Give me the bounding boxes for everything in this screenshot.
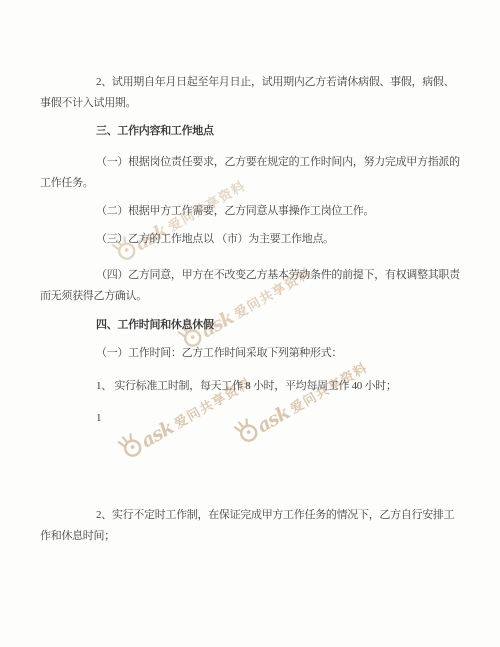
text-line: 而无须获得乙方确认。 xyxy=(40,286,462,307)
paragraph: 1 xyxy=(40,408,462,429)
document-page: ask爱问共享资料ask爱问共享资料ask爱问共享资料ask爱问共享资料 2、试… xyxy=(0,0,500,647)
text-line: 工作任务。 xyxy=(40,173,462,194)
text-line: （四）乙方同意，甲方在不改变乙方基本劳动条件的前提下，有权调整其职责 xyxy=(40,265,462,286)
paragraph: 2、实行不定时工作制，在保证完成甲方工作任务的情况下，乙方自行安排工作和休息时间… xyxy=(40,505,462,547)
text-line: 四、工作时间和休息休假 xyxy=(40,315,462,336)
text-line: （三）乙方的工作地点以 （市）为主要工作地点。 xyxy=(40,229,462,250)
text-line: 1、 实行标准工时制，每天工作 8 小时，平均每周工作 40 小时； xyxy=(40,376,462,397)
paragraph: （一）工作时间：乙方工作时间采取下列第种形式： xyxy=(40,343,462,364)
text-line: 2、试用期自年月日起至年月日止，试用期内乙方若请休病假、事假，病假、 xyxy=(40,72,462,93)
paragraph: （四）乙方同意，甲方在不改变乙方基本劳动条件的前提下，有权调整其职责而无须获得乙… xyxy=(40,265,462,307)
text-line: 三、工作内容和工作地点 xyxy=(40,121,462,142)
section-heading: 三、工作内容和工作地点 xyxy=(40,121,462,142)
paragraph: 2、试用期自年月日起至年月日止，试用期内乙方若请休病假、事假，病假、事假不计入试… xyxy=(40,72,462,114)
text-line: （一）根据岗位责任要求，乙方要在规定的工作时间内，努力完成甲方指派的 xyxy=(40,152,462,173)
text-line: 事假不计入试用期。 xyxy=(40,93,462,114)
paragraph: 1、 实行标准工时制，每天工作 8 小时，平均每周工作 40 小时； xyxy=(40,376,462,397)
section-heading: 四、工作时间和休息休假 xyxy=(40,315,462,336)
text-line: （二）根据甲方工作需要，乙方同意从事操作工岗位工作。 xyxy=(40,201,462,222)
text-line: 1 xyxy=(40,408,462,429)
text-line: 作和休息时间； xyxy=(40,526,462,547)
paragraph: （三）乙方的工作地点以 （市）为主要工作地点。 xyxy=(40,229,462,250)
paragraph: （二）根据甲方工作需要，乙方同意从事操作工岗位工作。 xyxy=(40,201,462,222)
text-line: （一）工作时间：乙方工作时间采取下列第种形式： xyxy=(40,343,462,364)
text-line: 2、实行不定时工作制，在保证完成甲方工作任务的情况下，乙方自行安排工 xyxy=(40,505,462,526)
paragraph: （一）根据岗位责任要求，乙方要在规定的工作时间内，努力完成甲方指派的工作任务。 xyxy=(40,152,462,194)
document-content: 2、试用期自年月日起至年月日止，试用期内乙方若请休病假、事假，病假、事假不计入试… xyxy=(40,0,462,547)
